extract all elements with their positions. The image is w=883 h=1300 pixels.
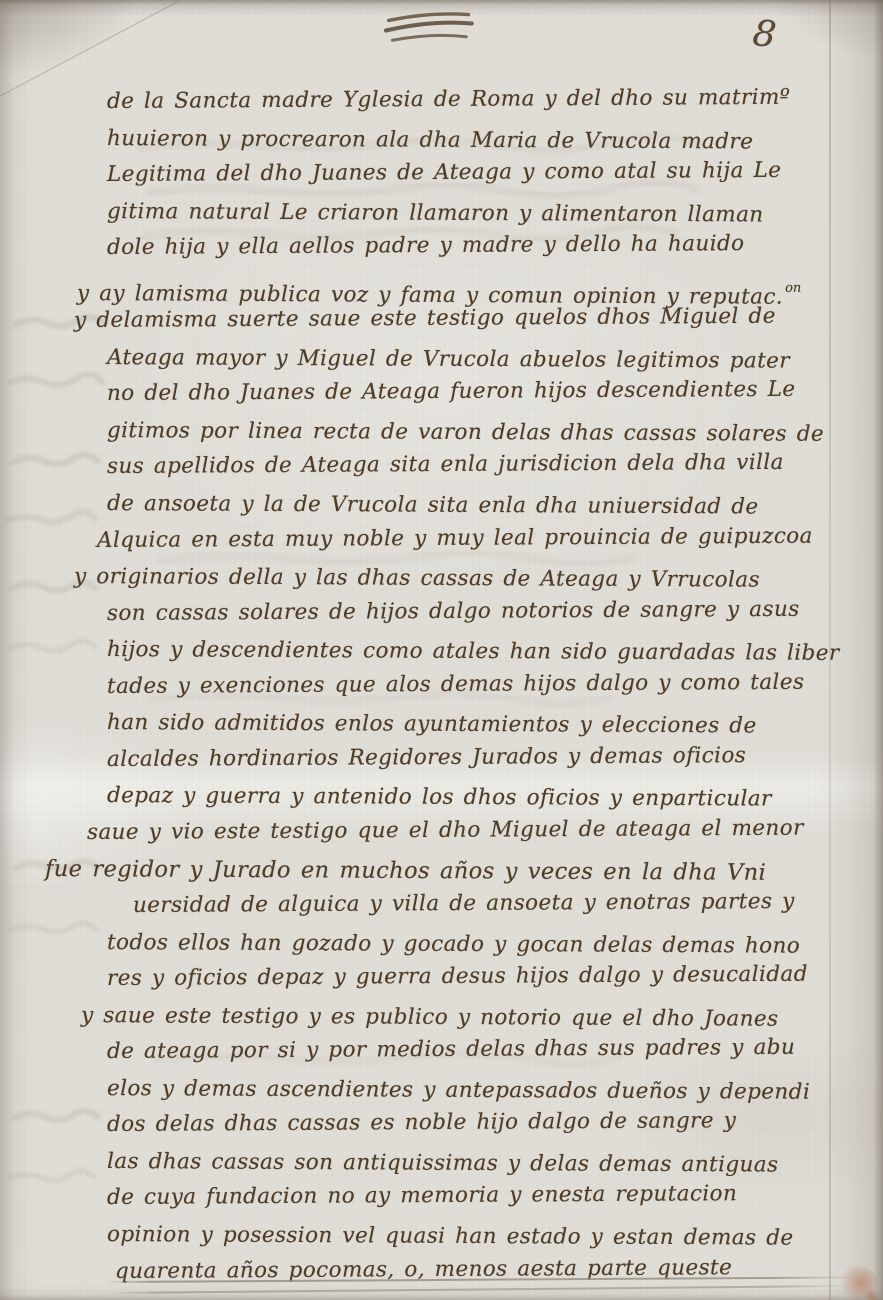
corner-stain (862, 1290, 882, 1300)
manuscript-line: alcaldes hordinarios Regidores Jurados y… (107, 737, 869, 778)
manuscript-text-block: de la Sancta madre Yglesia de Roma y del… (107, 84, 869, 1290)
superscript-abbreviation: on (785, 280, 801, 295)
manuscript-line: dos delas dhas cassas es noble hijo dalg… (107, 1103, 869, 1144)
manuscript-line: Alquica en esta muy noble y muy leal pro… (97, 518, 869, 559)
manuscript-line: son cassas solares de hijos dalgo notori… (107, 591, 869, 632)
manuscript-line: res y oficios depaz y guerra desus hijos… (107, 956, 869, 997)
manuscript-line: tades y exenciones que alos demas hijos … (107, 664, 869, 705)
paper-fold-line (829, 0, 831, 1300)
manuscript-line: de ateaga por si y por medios delas dhas… (107, 1030, 869, 1071)
manuscript-line: no del dho Juanes de Ateaga fueron hijos… (107, 372, 869, 413)
manuscript-line: Legitima del dho Juanes de Ateaga y como… (107, 152, 869, 193)
manuscript-line: y delamisma suerte saue este testigo que… (74, 298, 869, 339)
manuscript-line: uersidad de alguica y villa de ansoeta y… (133, 884, 869, 925)
manuscript-scan: 8 de la Sancta madre Yglesia de Roma y d… (0, 0, 883, 1300)
manuscript-line: quarenta años pocomas, o, menos aesta pa… (115, 1249, 869, 1290)
manuscript-line: saue y vio este testigo que el dho Migue… (87, 810, 869, 851)
manuscript-line: dole hija y ella aellos padre y madre y … (107, 226, 869, 267)
ink-flourish-icon (382, 9, 475, 50)
manuscript-line: sus apellidos de Ateaga sita enla jurisd… (107, 445, 869, 486)
page-number: 8 (751, 13, 779, 56)
manuscript-line: de cuya fundacion no ay memoria y enesta… (107, 1176, 869, 1217)
manuscript-line: de la Sancta madre Yglesia de Roma y del… (107, 79, 869, 120)
